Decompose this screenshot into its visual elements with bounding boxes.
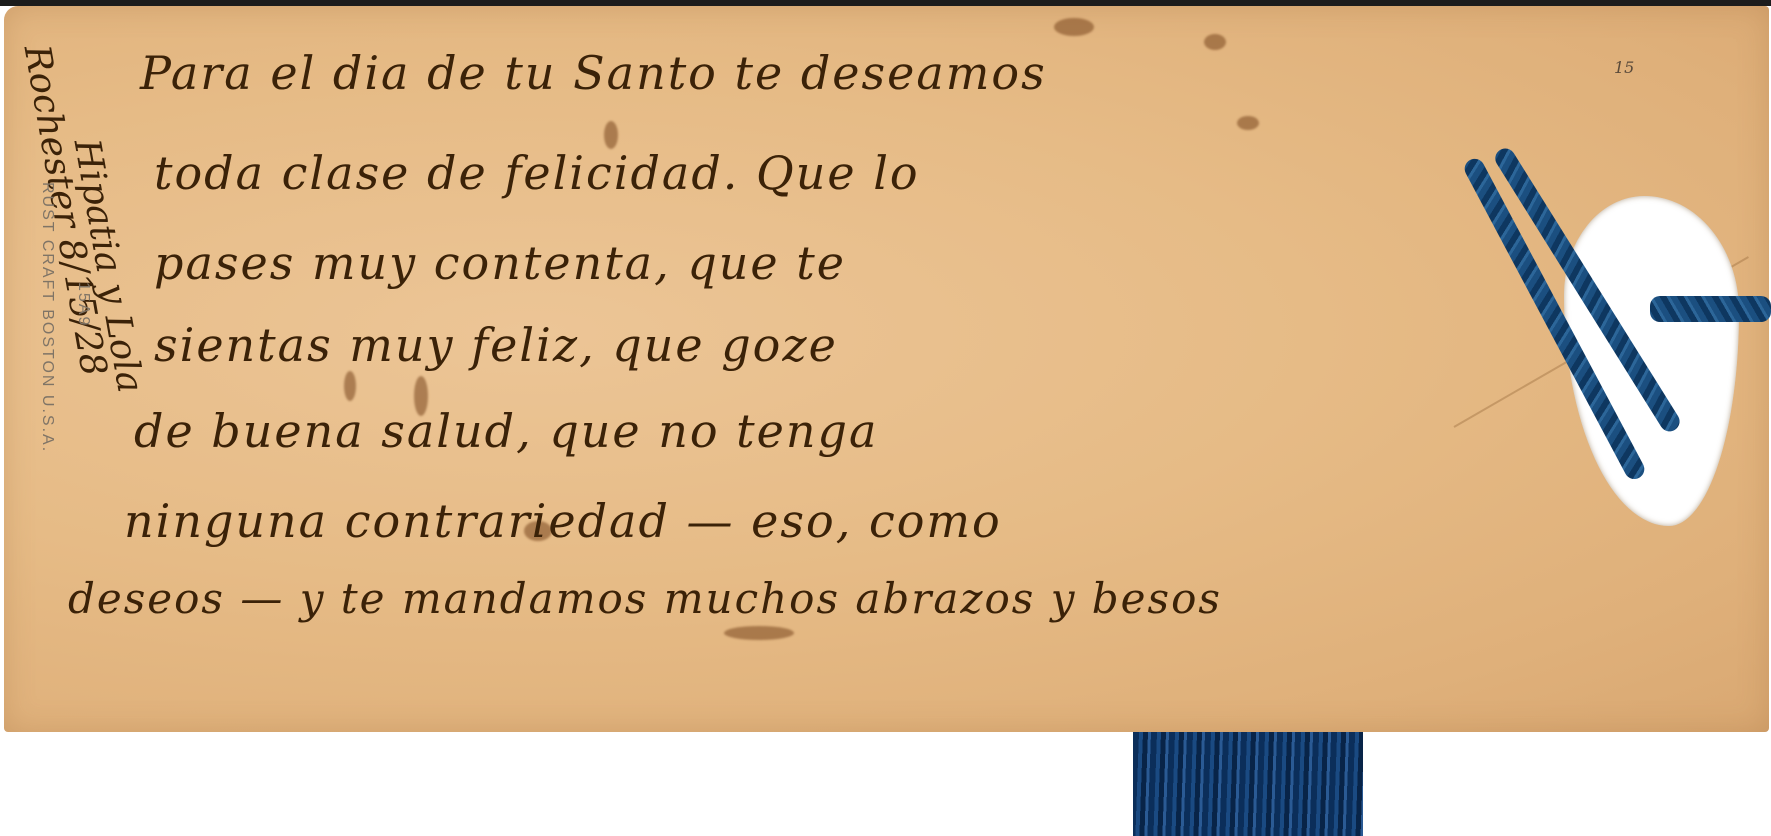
ink-stain [344,371,356,401]
message-line-6: ninguna contrariedad — eso, como [124,494,1002,548]
publisher-imprint: RUST CRAFT BOSTON U.S.A. [38,182,56,453]
ink-stain [604,121,618,149]
blue-tassel [1133,732,1363,836]
corner-mark: 15 [1614,58,1634,77]
message-line-4: sientas muy feliz, que goze [154,318,838,372]
message-line-5: de buena salud, que no tenga [134,404,878,458]
imprint-code: 15A9 [74,282,92,327]
ink-stain [724,626,794,640]
greeting-card: 15 Rochester 8/15/28 Hipatia y Lola RUST… [4,6,1769,732]
ink-stain [1237,116,1259,130]
ink-stain [1204,34,1226,50]
tassel-knot [1650,296,1771,322]
message-line-3: pases muy contenta, que te [154,236,846,290]
message-line-7: deseos — y te mandamos muchos abrazos y … [68,574,1222,623]
message-line-2: toda clase de felicidad. Que lo [154,146,920,200]
torn-hole [1564,196,1739,526]
ink-stain [1054,18,1094,36]
message-line-1: Para el dia de tu Santo te deseamos [140,46,1047,100]
